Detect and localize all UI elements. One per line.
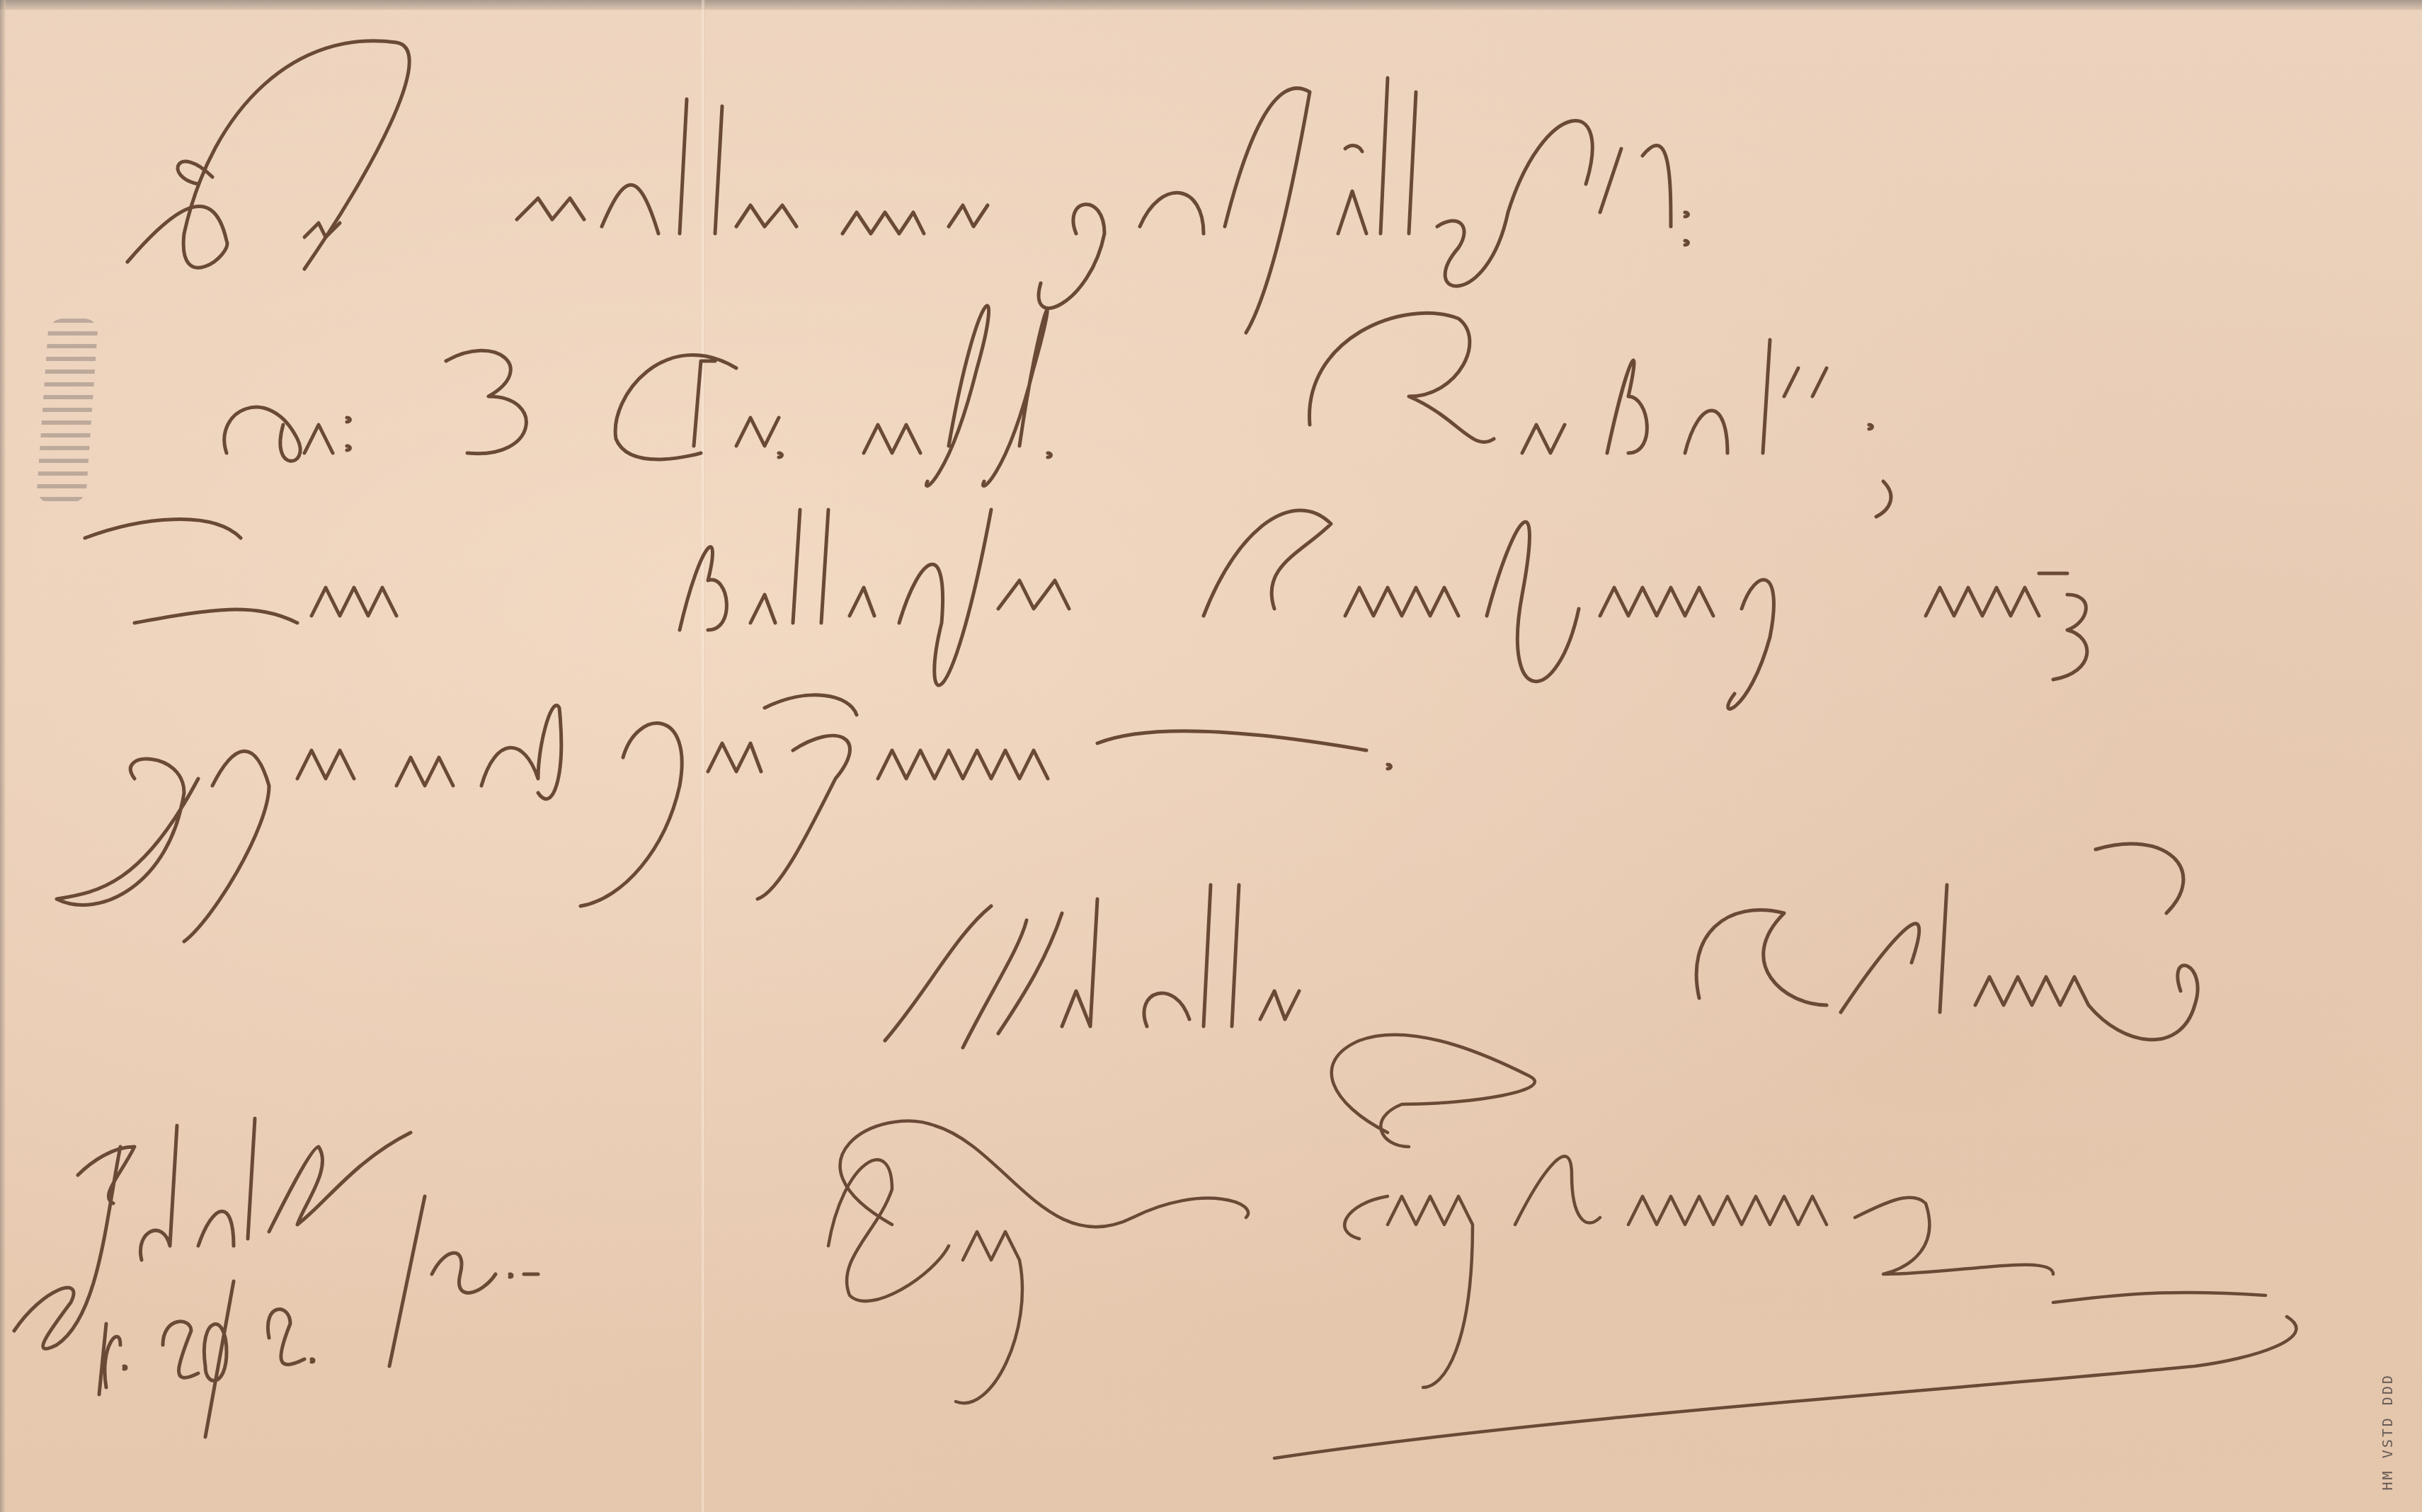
closing-text: Mit aller Achtung <box>885 934 1645 1033</box>
date-text: d. 20/12. 82. <box>99 1288 506 1363</box>
signature-text: Franz Langhammer <box>828 1147 1749 1254</box>
line-2-text: A: 3 Ctr. raff. Rüböl, <box>227 368 1093 466</box>
line-3-text: unter billigster Berechnung um- <box>85 538 1475 636</box>
postcard: Sie wollen mir gefälligst: A: 3 Ctr. raf… <box>0 0 2422 1512</box>
printer-mark: HM VSTD DDD <box>2379 1373 2396 1490</box>
line-1-text: Sie wollen mir gefälligst: <box>127 163 1205 261</box>
line-4-text: gehend zusenden. <box>57 715 837 813</box>
place-text: Dobrau <box>21 1133 261 1207</box>
